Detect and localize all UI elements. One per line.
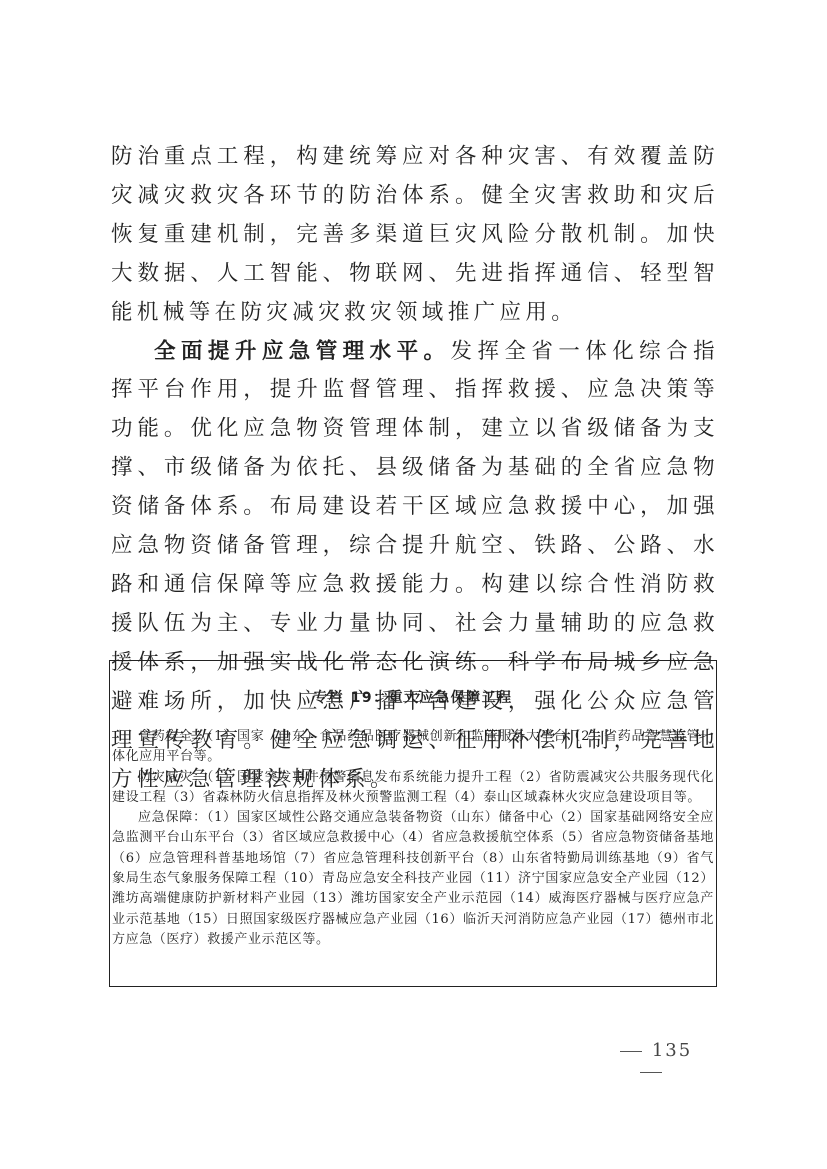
paragraph-2-heading: 全面提升应急管理水平。 bbox=[154, 339, 451, 364]
box-item-emergency-support: 应急保障：（1）国家区域性公路交通应急装备物资（山东）储备中心（2）国家基础网络… bbox=[112, 808, 714, 950]
paragraph-1-text: 防治重点工程，构建统筹应对各种灾害、有效覆盖防灾减灾救灾各环节的防治体系。健全灾… bbox=[111, 144, 719, 325]
box-item-food-drug-safety: 食药安全：（1）国家（山东）食品药品医疗器械创新和监管服务大平台（2）省药品智慧… bbox=[112, 727, 714, 768]
box-item-disaster-prevention: 防灾减灾：（1）国家突发事件预警信息发布系统能力提升工程（2）省防震减灾公共服务… bbox=[112, 768, 714, 809]
feature-box-body: 食药安全：（1）国家（山东）食品药品医疗器械创新和监管服务大平台（2）省药品智慧… bbox=[112, 727, 714, 950]
box-item-text: （1）国家区域性公路交通应急装备物资（山东）储备中心（2）国家基础网络安全应急监… bbox=[112, 810, 714, 947]
box-item-label: 应急保障： bbox=[138, 810, 207, 825]
paragraph-1: 防治重点工程，构建统筹应对各种灾害、有效覆盖防灾减灾救灾各环节的防治体系。健全灾… bbox=[111, 138, 719, 333]
page-number-value: 135 bbox=[652, 1040, 692, 1061]
feature-box: 专栏 19：重大应急保障工程 食药安全：（1）国家（山东）食品药品医疗器械创新和… bbox=[109, 660, 717, 987]
dash-left bbox=[620, 1051, 642, 1052]
page-number: 135 bbox=[596, 1040, 706, 1082]
dash-right bbox=[640, 1072, 662, 1073]
box-item-label: 防灾减灾： bbox=[138, 770, 207, 785]
box-item-label: 食药安全： bbox=[138, 729, 207, 744]
feature-box-title: 专栏 19：重大应急保障工程 bbox=[110, 687, 716, 707]
